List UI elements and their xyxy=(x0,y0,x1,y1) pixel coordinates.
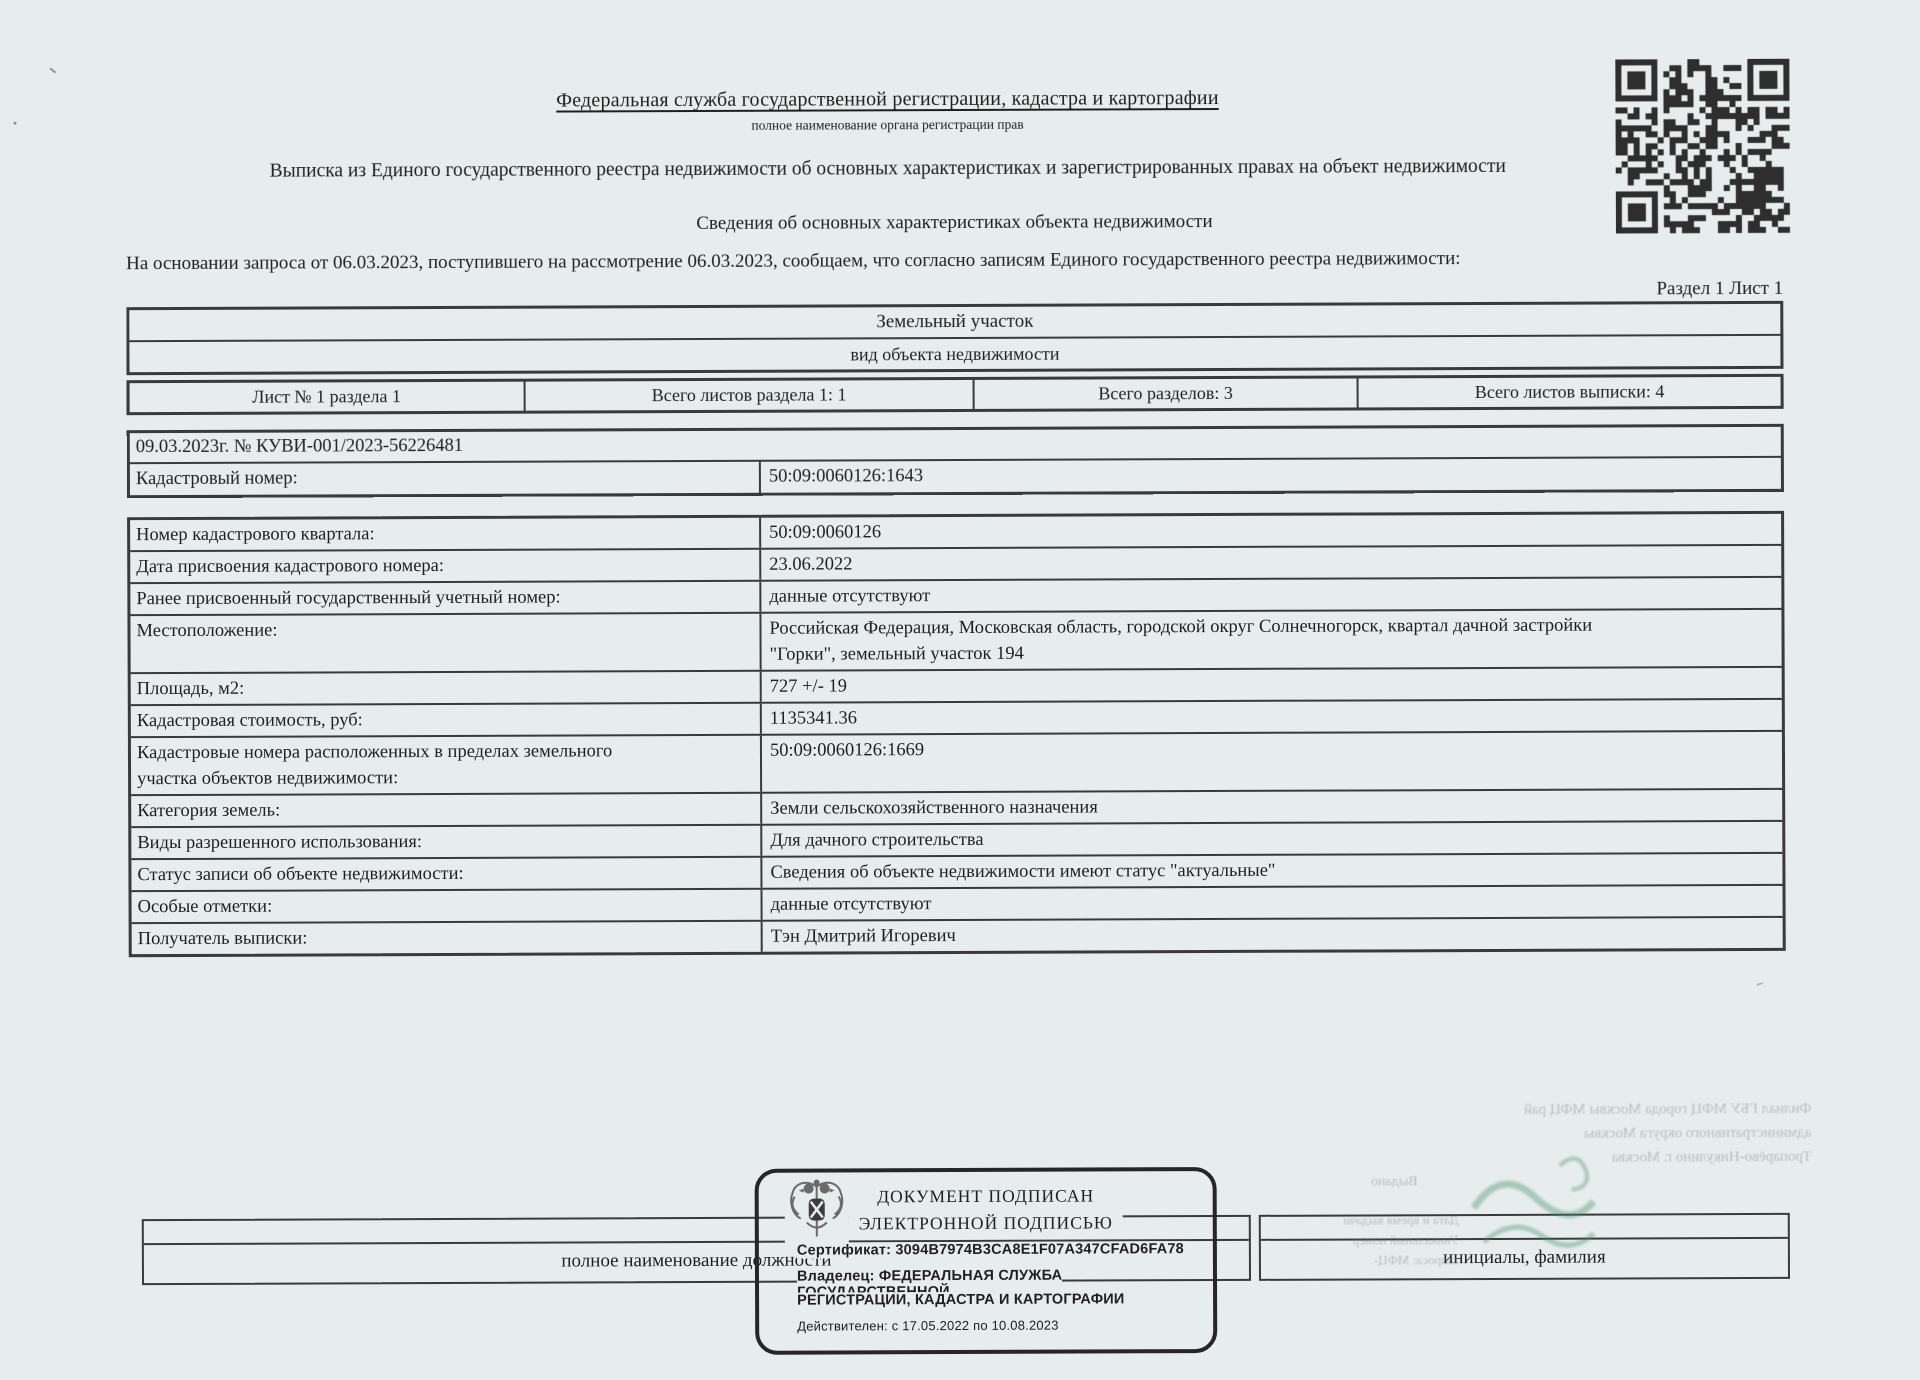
bleedthrough-meta: Дата и время выдачи Уникальный номер зап… xyxy=(1284,1210,1459,1271)
table-row: Местоположение: Российская Федерация, Мо… xyxy=(130,610,1781,674)
cadastral-number-table: 09.03.2023г. № КУВИ-001/2023-56226481 Ка… xyxy=(127,424,1784,498)
digital-signature-stamp: ДОКУМЕНТ ПОДПИСАН ЭЛЕКТРОННОЙ ПОДПИСЬЮ С… xyxy=(755,1167,1218,1355)
row-label: Категория земель: xyxy=(131,794,760,826)
row-value: Сведения об объекте недвижимости имеют с… xyxy=(760,854,1782,888)
row-label: Площадь, м2: xyxy=(131,672,760,704)
sheet-info-table: Лист № 1 раздела 1 Всего листов раздела … xyxy=(127,374,1784,415)
row-label: Дата присвоения кадастрового номера: xyxy=(130,550,759,582)
cadastral-number-label: Кадастровый номер: xyxy=(130,462,759,495)
stamp-certificate: Сертификат: 3094B7974B3CA8E1F07A347CFAD6… xyxy=(797,1241,1188,1259)
authority-caption: полное наименование органа регистрации п… xyxy=(0,114,1778,137)
scan-speck xyxy=(49,68,56,74)
sheet-info-cell: Лист № 1 раздела 1 xyxy=(130,382,526,413)
sheet-info-cell: Всего листов раздела 1: 1 xyxy=(526,380,975,411)
row-label: Статус записи об объекте недвижимости: xyxy=(131,858,760,890)
row-value: Российская Федерация, Московская область… xyxy=(759,610,1781,670)
object-type-table: Земельный участок вид объекта недвижимос… xyxy=(126,301,1783,375)
document-title: Выписка из Единого государственного реес… xyxy=(0,155,1778,184)
row-label: Кадастровые номера расположенных в преде… xyxy=(131,736,760,794)
details-table: Номер кадастрового квартала: 50:09:00601… xyxy=(127,511,1786,957)
row-value: данные отсутствуют xyxy=(759,578,1781,612)
row-label: Ранее присвоенный государственный учетны… xyxy=(130,582,759,614)
row-value: 23.06.2022 xyxy=(759,546,1781,580)
sheet-info-cell: Всего листов выписки: 4 xyxy=(1359,377,1781,408)
table-row: Кадастровые номера расположенных в преде… xyxy=(131,732,1782,796)
row-label: Местоположение: xyxy=(130,614,759,672)
bleedthrough-line: Филиал ГБУ МФЦ города Москвы МФЦ рай xyxy=(1341,1097,1811,1123)
row-value: 727 +/- 19 xyxy=(760,668,1782,702)
row-label: Получатель выписки: xyxy=(132,922,761,954)
row-value: 50:09:0060126:1669 xyxy=(760,732,1782,792)
row-value: Тэн Дмитрий Игоревич xyxy=(761,918,1783,952)
stamp-title-line1: ДОКУМЕНТ ПОДПИСАН xyxy=(759,1185,1213,1208)
green-stamp-bleedthrough xyxy=(1463,1137,1634,1288)
stamp-validity: Действителен: с 17.05.2022 по 10.08.2023 xyxy=(797,1318,1063,1334)
row-value: данные отсутствуют xyxy=(761,886,1783,920)
sheet-info-cell: Всего разделов: 3 xyxy=(975,378,1359,408)
authority-title-text: Федеральная служба государственной регис… xyxy=(556,87,1219,112)
bleedthrough-issued: Выдано xyxy=(1298,1170,1418,1194)
row-label: Особые отметки: xyxy=(132,890,761,922)
request-line: На основании запроса от 06.03.2023, пост… xyxy=(126,247,1826,276)
row-value: Земли сельскохозяйственного назначения xyxy=(760,790,1782,824)
row-value: 1135341.36 xyxy=(760,700,1782,734)
row-label: Виды разрешенного использования: xyxy=(131,826,760,858)
object-type-caption: вид объекта недвижимости xyxy=(129,336,1780,372)
row-label: Кадастровая стоимость, руб: xyxy=(131,704,760,736)
cadastral-number-value: 50:09:0060126:1643 xyxy=(759,458,1781,493)
row-value: 50:09:0060126 xyxy=(759,514,1781,548)
scanned-document: Филиал ГБУ МФЦ города Москвы МФЦ рай адм… xyxy=(0,0,1920,1380)
row-value: Для дачного строительства xyxy=(760,822,1782,856)
table-row: Получатель выписки: Тэн Дмитрий Игоревич xyxy=(132,918,1783,954)
authority-title: Федеральная служба государственной регис… xyxy=(0,85,1778,115)
stamp-owner-line2: РЕГИСТРАЦИИ, КАДАСТРА И КАРТОГРАФИИ xyxy=(797,1291,1129,1308)
scan-speck xyxy=(1757,982,1763,986)
stamp-title-line2: ЭЛЕКТРОННОЙ ПОДПИСЬЮ xyxy=(759,1212,1213,1235)
row-label: Номер кадастрового квартала: xyxy=(130,518,759,550)
section-title: Сведения об основных характеристиках объ… xyxy=(126,209,1783,237)
